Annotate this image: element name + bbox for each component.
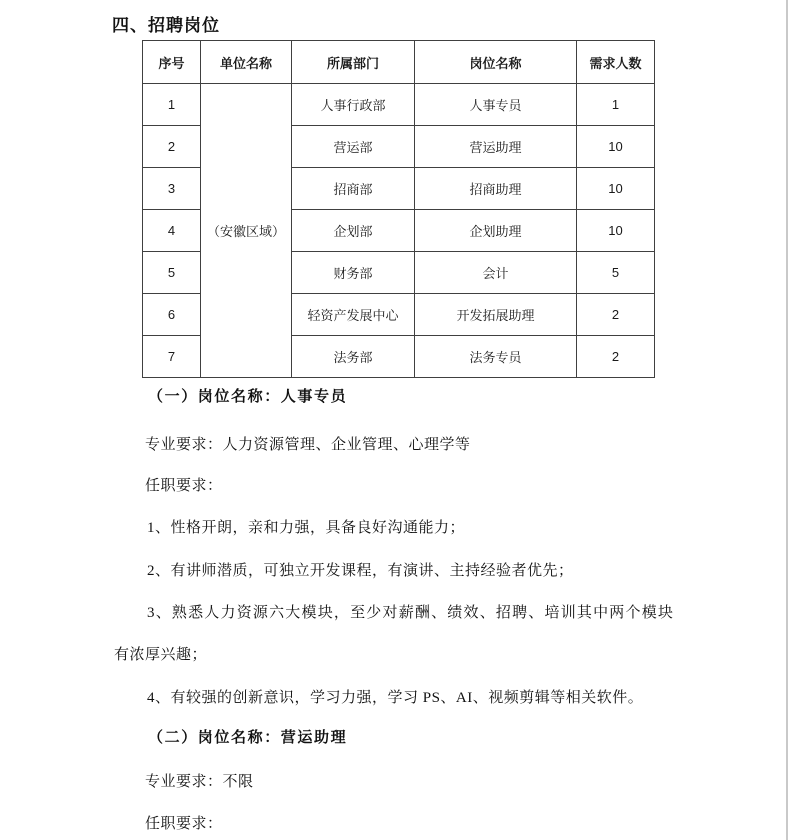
cell-position: 开发拓展助理	[415, 294, 577, 336]
recruitment-table: 序号 单位名称 所属部门 岗位名称 需求人数 1 （安徽区域） 人事行政部 人事…	[142, 40, 655, 378]
section-1-major-requirement: 专业要求：人力资源管理、企业管理、心理学等	[145, 437, 471, 454]
cell-no: 7	[143, 336, 201, 378]
section-1-item-1: 1、性格开朗，亲和力强，具备良好沟通能力；	[147, 520, 465, 537]
section-1-heading: （一）岗位名称：人事专员	[148, 389, 347, 406]
cell-no: 5	[143, 252, 201, 294]
cell-count: 2	[577, 294, 655, 336]
cell-position: 法务专员	[415, 336, 577, 378]
col-header-department: 所属部门	[292, 41, 415, 84]
col-header-position: 岗位名称	[415, 41, 577, 84]
cell-position: 招商助理	[415, 168, 577, 210]
page-right-edge	[786, 0, 788, 840]
cell-department: 招商部	[292, 168, 415, 210]
col-header-unit: 单位名称	[201, 41, 292, 84]
cell-position: 企划助理	[415, 210, 577, 252]
section-1-item-3: 3、熟悉人力资源六大模块，至少对薪酬、绩效、招聘、培训其中两个模块	[147, 605, 674, 622]
col-header-no: 序号	[143, 41, 201, 84]
cell-department: 营运部	[292, 126, 415, 168]
cell-no: 1	[143, 84, 201, 126]
cell-unit-name: （安徽区域）	[201, 84, 292, 378]
cell-department: 人事行政部	[292, 84, 415, 126]
cell-count: 5	[577, 252, 655, 294]
section-2-major-requirement: 专业要求：不限	[145, 774, 254, 791]
cell-position: 人事专员	[415, 84, 577, 126]
section-1-job-requirement-label: 任职要求：	[145, 478, 223, 495]
cell-count: 10	[577, 126, 655, 168]
section-2-job-requirement-label: 任职要求：	[145, 816, 223, 833]
section-2-heading: （二）岗位名称：营运助理	[148, 730, 347, 747]
cell-department: 法务部	[292, 336, 415, 378]
cell-department: 企划部	[292, 210, 415, 252]
cell-count: 10	[577, 210, 655, 252]
section-1-item-2: 2、有讲师潜质，可独立开发课程，有演讲、主持经验者优先；	[147, 563, 574, 580]
cell-count: 2	[577, 336, 655, 378]
cell-department: 财务部	[292, 252, 415, 294]
cell-position: 会计	[415, 252, 577, 294]
cell-no: 4	[143, 210, 201, 252]
table-header-row: 序号 单位名称 所属部门 岗位名称 需求人数	[143, 41, 655, 84]
section-1-item-4: 4、有较强的创新意识，学习力强，学习 PS、AI、视频剪辑等相关软件。	[147, 690, 643, 707]
cell-position: 营运助理	[415, 126, 577, 168]
cell-no: 6	[143, 294, 201, 336]
cell-count: 1	[577, 84, 655, 126]
cell-no: 3	[143, 168, 201, 210]
section-1-item-3-continued: 有浓厚兴趣；	[114, 647, 207, 664]
cell-count: 10	[577, 168, 655, 210]
cell-department: 轻资产发展中心	[292, 294, 415, 336]
col-header-count: 需求人数	[577, 41, 655, 84]
cell-no: 2	[143, 126, 201, 168]
section-title: 四、招聘岗位	[112, 11, 220, 36]
table-row: 1 （安徽区域） 人事行政部 人事专员 1	[143, 84, 655, 126]
